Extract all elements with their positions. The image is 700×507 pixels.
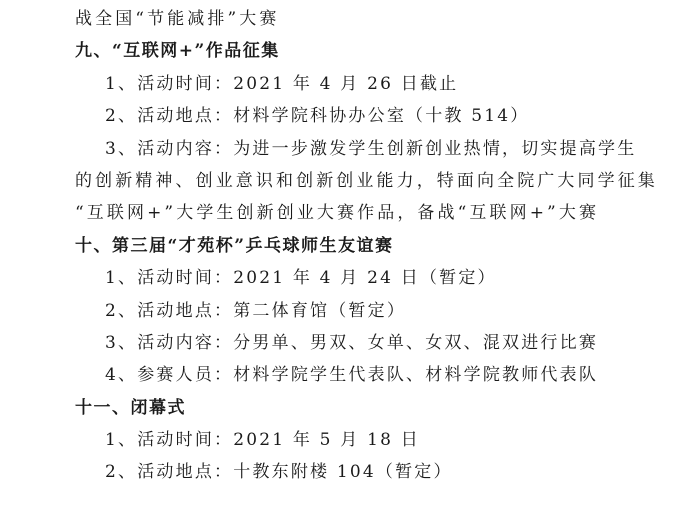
list-item: 2、活动地点：第二体育馆（暂定）	[75, 295, 635, 327]
list-item: 2、活动地点：十教东附楼 104（暂定）	[75, 456, 635, 488]
list-item: 1、活动时间：2021 年 4 月 26 日截止	[75, 68, 635, 100]
section-heading-10: 十、第三届“才苑杯”乒乓球师生友谊赛	[75, 230, 635, 262]
list-item: 1、活动时间：2021 年 4 月 24 日（暂定）	[75, 262, 635, 294]
section-heading-9: 九、“互联网+”作品征集	[75, 35, 635, 67]
list-item: 3、活动内容：分男单、男双、女单、女双、混双进行比赛	[75, 327, 635, 359]
list-item: 3、活动内容：为进一步激发学生创新创业热情，切实提高学生	[75, 133, 635, 165]
section-heading-11: 十一、闭幕式	[75, 392, 635, 424]
paragraph-continuation: “互联网+”大学生创新创业大赛作品，备战“互联网+”大赛	[75, 197, 635, 229]
paragraph-continuation: 的创新精神、创业意识和创新创业能力，特面向全院广大同学征集	[75, 165, 635, 197]
list-item: 4、参赛人员：材料学院学生代表队、材料学院教师代表队	[75, 359, 635, 391]
list-item: 1、活动时间：2021 年 5 月 18 日	[75, 424, 635, 456]
list-item: 2、活动地点：材料学院科协办公室（十教 514）	[75, 100, 635, 132]
paragraph-continuation: 战全国“节能减排”大赛	[75, 3, 635, 35]
document-body: 战全国“节能减排”大赛 九、“互联网+”作品征集 1、活动时间：2021 年 4…	[75, 3, 635, 489]
